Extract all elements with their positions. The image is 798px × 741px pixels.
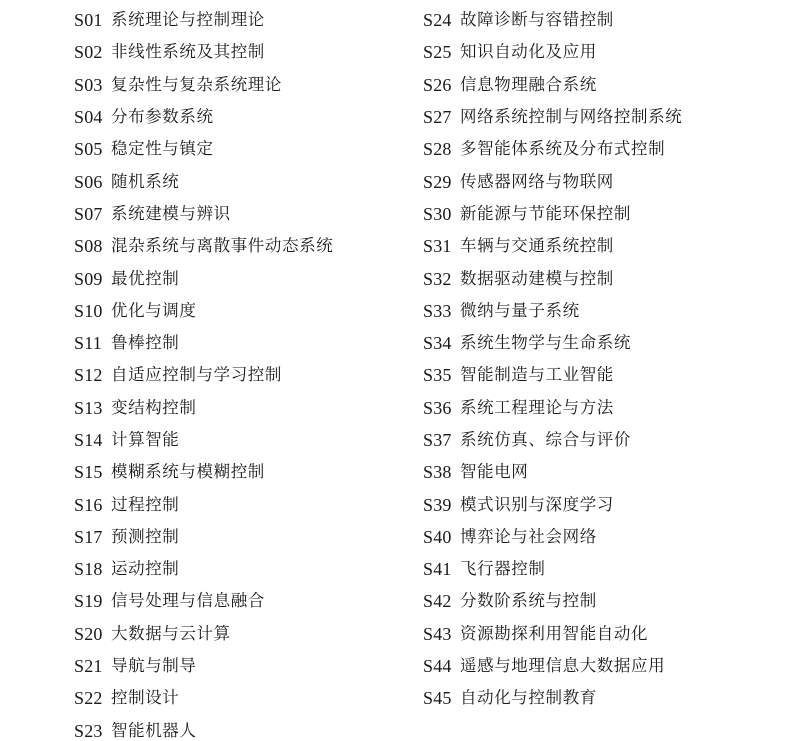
session-title: 信息物理融合系统 xyxy=(460,72,597,98)
session-code: S04 xyxy=(74,104,111,130)
session-title: 系统生物学与生命系统 xyxy=(460,330,631,356)
session-title: 系统建模与辨识 xyxy=(111,201,231,227)
session-item: S26信息物理融合系统 xyxy=(423,69,682,101)
session-item: S45自动化与控制教育 xyxy=(423,682,682,714)
session-item: S40博弈论与社会网络 xyxy=(423,521,682,553)
session-code: S22 xyxy=(74,685,111,711)
session-title: 系统理论与控制理论 xyxy=(111,7,265,33)
session-item: S22控制设计 xyxy=(74,682,333,714)
session-title: 混杂系统与离散事件动态系统 xyxy=(111,233,333,259)
session-item: S24故障诊断与容错控制 xyxy=(423,4,682,36)
session-code: S15 xyxy=(74,459,111,485)
session-title: 资源勘探利用智能自动化 xyxy=(460,621,648,647)
session-item: S33微纳与量子系统 xyxy=(423,295,682,327)
session-item: S25知识自动化及应用 xyxy=(423,36,682,68)
session-title: 控制设计 xyxy=(111,685,179,711)
session-code: S19 xyxy=(74,588,111,614)
session-code: S44 xyxy=(423,653,460,679)
session-code: S06 xyxy=(74,169,111,195)
session-item: S05稳定性与镇定 xyxy=(74,133,333,165)
session-code: S21 xyxy=(74,653,111,679)
session-title: 模糊系统与模糊控制 xyxy=(111,459,265,485)
session-code: S02 xyxy=(74,39,111,65)
session-code: S33 xyxy=(423,298,460,324)
session-item: S07系统建模与辨识 xyxy=(74,198,333,230)
session-item: S06随机系统 xyxy=(74,165,333,197)
session-title: 稳定性与镇定 xyxy=(111,136,214,162)
session-code: S37 xyxy=(423,427,460,453)
session-title: 智能制造与工业智能 xyxy=(460,362,614,388)
session-list-left: S01系统理论与控制理论 S02非线性系统及其控制 S03复杂性与复杂系统理论 … xyxy=(74,4,333,741)
session-code: S34 xyxy=(423,330,460,356)
session-code: S08 xyxy=(74,233,111,259)
session-item: S36系统工程理论与方法 xyxy=(423,392,682,424)
session-code: S42 xyxy=(423,588,460,614)
session-item: S12自适应控制与学习控制 xyxy=(74,359,333,391)
session-item: S39模式识别与深度学习 xyxy=(423,488,682,520)
session-code: S32 xyxy=(423,266,460,292)
session-item: S27网络系统控制与网络控制系统 xyxy=(423,101,682,133)
session-code: S11 xyxy=(74,330,111,356)
session-title: 数据驱动建模与控制 xyxy=(460,266,614,292)
session-code: S29 xyxy=(423,169,460,195)
session-title: 智能电网 xyxy=(460,459,528,485)
session-title: 模式识别与深度学习 xyxy=(460,492,614,518)
session-title: 微纳与量子系统 xyxy=(460,298,580,324)
session-code: S14 xyxy=(74,427,111,453)
session-item: S42分数阶系统与控制 xyxy=(423,585,682,617)
session-code: S20 xyxy=(74,621,111,647)
session-item: S02非线性系统及其控制 xyxy=(74,36,333,68)
session-title: 最优控制 xyxy=(111,266,179,292)
session-item: S30新能源与节能环保控制 xyxy=(423,198,682,230)
session-item: S28多智能体系统及分布式控制 xyxy=(423,133,682,165)
session-item: S31车辆与交通系统控制 xyxy=(423,230,682,262)
session-title: 预测控制 xyxy=(111,524,179,550)
session-title: 自动化与控制教育 xyxy=(460,685,597,711)
session-code: S09 xyxy=(74,266,111,292)
session-title: 智能机器人 xyxy=(111,718,197,741)
session-item: S41飞行器控制 xyxy=(423,553,682,585)
session-title: 变结构控制 xyxy=(111,395,197,421)
session-code: S45 xyxy=(423,685,460,711)
session-item: S11鲁棒控制 xyxy=(74,327,333,359)
session-title: 计算智能 xyxy=(111,427,179,453)
session-title: 大数据与云计算 xyxy=(111,621,231,647)
session-item: S37系统仿真、综合与评价 xyxy=(423,424,682,456)
session-item: S14计算智能 xyxy=(74,424,333,456)
session-title: 系统仿真、综合与评价 xyxy=(460,427,631,453)
session-title: 鲁棒控制 xyxy=(111,330,179,356)
session-title: 导航与制导 xyxy=(111,653,197,679)
session-code: S38 xyxy=(423,459,460,485)
session-item: S21导航与制导 xyxy=(74,650,333,682)
session-item: S09最优控制 xyxy=(74,262,333,294)
session-item: S10优化与调度 xyxy=(74,295,333,327)
session-title: 自适应控制与学习控制 xyxy=(111,362,282,388)
session-item: S44遥感与地理信息大数据应用 xyxy=(423,650,682,682)
session-code: S23 xyxy=(74,718,111,741)
session-title: 博弈论与社会网络 xyxy=(460,524,597,550)
session-title: 传感器网络与物联网 xyxy=(460,169,614,195)
session-item: S15模糊系统与模糊控制 xyxy=(74,456,333,488)
session-code: S36 xyxy=(423,395,460,421)
session-item: S16过程控制 xyxy=(74,488,333,520)
session-code: S07 xyxy=(74,201,111,227)
session-title: 过程控制 xyxy=(111,492,179,518)
session-title: 运动控制 xyxy=(111,556,179,582)
session-item: S08混杂系统与离散事件动态系统 xyxy=(74,230,333,262)
session-item: S23智能机器人 xyxy=(74,715,333,741)
session-code: S26 xyxy=(423,72,460,98)
session-code: S30 xyxy=(423,201,460,227)
session-code: S16 xyxy=(74,492,111,518)
session-code: S40 xyxy=(423,524,460,550)
session-item: S04分布参数系统 xyxy=(74,101,333,133)
session-title: 车辆与交通系统控制 xyxy=(460,233,614,259)
session-title: 分数阶系统与控制 xyxy=(460,588,597,614)
session-code: S13 xyxy=(74,395,111,421)
session-item: S43资源勘探利用智能自动化 xyxy=(423,618,682,650)
session-item: S03复杂性与复杂系统理论 xyxy=(74,69,333,101)
session-item: S01系统理论与控制理论 xyxy=(74,4,333,36)
session-code: S25 xyxy=(423,39,460,65)
session-title: 分布参数系统 xyxy=(111,104,214,130)
session-code: S18 xyxy=(74,556,111,582)
session-title: 遥感与地理信息大数据应用 xyxy=(460,653,665,679)
session-title: 复杂性与复杂系统理论 xyxy=(111,72,282,98)
session-code: S41 xyxy=(423,556,460,582)
session-item: S38智能电网 xyxy=(423,456,682,488)
session-title: 非线性系统及其控制 xyxy=(111,39,265,65)
session-title: 系统工程理论与方法 xyxy=(460,395,614,421)
session-title: 故障诊断与容错控制 xyxy=(460,7,614,33)
session-item: S17预测控制 xyxy=(74,521,333,553)
session-code: S35 xyxy=(423,362,460,388)
session-code: S43 xyxy=(423,621,460,647)
session-item: S32数据驱动建模与控制 xyxy=(423,262,682,294)
session-code: S03 xyxy=(74,72,111,98)
session-code: S10 xyxy=(74,298,111,324)
session-title: 优化与调度 xyxy=(111,298,197,324)
session-title: 飞行器控制 xyxy=(460,556,546,582)
session-code: S28 xyxy=(423,136,460,162)
session-title: 新能源与节能环保控制 xyxy=(460,201,631,227)
session-code: S12 xyxy=(74,362,111,388)
session-code: S39 xyxy=(423,492,460,518)
session-item: S35智能制造与工业智能 xyxy=(423,359,682,391)
session-title: 随机系统 xyxy=(111,169,179,195)
session-title: 多智能体系统及分布式控制 xyxy=(460,136,665,162)
session-code: S24 xyxy=(423,7,460,33)
session-code: S01 xyxy=(74,7,111,33)
session-title: 网络系统控制与网络控制系统 xyxy=(460,104,682,130)
session-code: S27 xyxy=(423,104,460,130)
session-list-right: S24故障诊断与容错控制 S25知识自动化及应用 S26信息物理融合系统 S27… xyxy=(423,4,682,715)
session-item: S18运动控制 xyxy=(74,553,333,585)
session-code: S31 xyxy=(423,233,460,259)
session-item: S13变结构控制 xyxy=(74,392,333,424)
session-item: S34系统生物学与生命系统 xyxy=(423,327,682,359)
session-code: S17 xyxy=(74,524,111,550)
session-item: S19信号处理与信息融合 xyxy=(74,585,333,617)
session-item: S29传感器网络与物联网 xyxy=(423,165,682,197)
session-code: S05 xyxy=(74,136,111,162)
session-item: S20大数据与云计算 xyxy=(74,618,333,650)
session-title: 信号处理与信息融合 xyxy=(111,588,265,614)
session-title: 知识自动化及应用 xyxy=(460,39,597,65)
